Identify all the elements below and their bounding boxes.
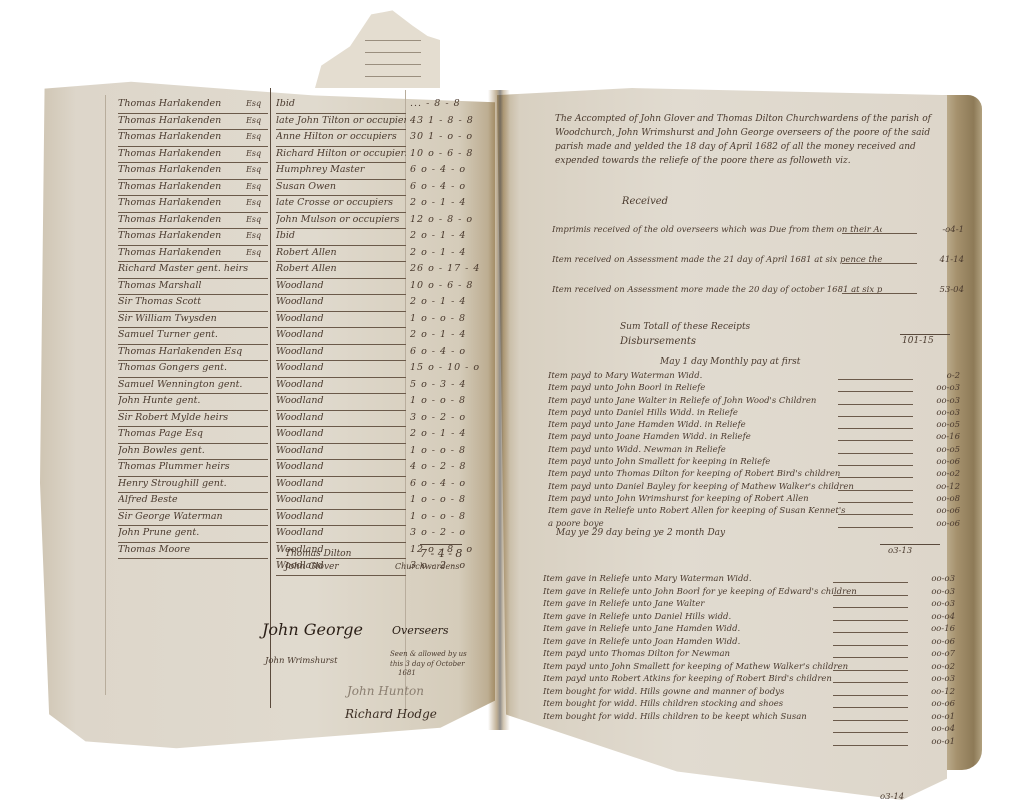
entry-description: Item gave in Reliefe unto Jane Walter	[543, 598, 873, 611]
account-entry: Item payd unto Thomas Dilton for keeping…	[548, 468, 948, 480]
account-entry: Item gave in Reliefe unto Daniel Hills w…	[543, 611, 943, 624]
ledger-row: Samuel Turner gent.Woodland2 o - 1 - 4	[118, 327, 493, 344]
entry-description: Item bought for widd. Hills children to …	[543, 711, 873, 724]
owner-name: John Bowles gent.	[118, 443, 268, 461]
owner-title: Esq	[246, 195, 266, 212]
leader-line	[833, 682, 908, 683]
owner-title: Esq	[246, 146, 266, 163]
entry-description: Item gave in Reliefe unto Mary Waterman …	[543, 573, 873, 586]
overseer-2-signature: John Wrimshurst	[265, 656, 338, 666]
owner-name: Samuel Wennington gent.	[118, 377, 268, 395]
ledger-row: Henry Stroughill gent.Woodland6 o - 4 - …	[118, 476, 493, 493]
leader-line	[833, 745, 908, 746]
rate-amount: 6 o - 4 - o	[410, 179, 490, 196]
entry-description: Item payd unto Thomas Dilton for Newman	[543, 648, 873, 661]
account-entry: Item gave in Reliefe unto Joan Hamden Wi…	[543, 636, 943, 649]
owner-title: Esq	[246, 179, 266, 196]
disbursements-title: Disbursements	[620, 336, 770, 347]
account-entry: Item bought for widd. Hills gowne and ma…	[543, 686, 943, 699]
entry-amount: 41-14	[914, 254, 964, 267]
entry-amount: oo-16	[910, 431, 960, 444]
ledger-row: John Hunte gent.Woodland1 o - o - 8	[118, 393, 493, 410]
rate-amount: 1 o - o - 8	[410, 509, 490, 526]
leader-line	[833, 657, 908, 658]
entry-description: Item gave in Reliefe unto Daniel Hills w…	[543, 611, 873, 624]
tenant-name: Woodland	[276, 476, 406, 494]
entry-amount: oo-o3	[910, 382, 960, 395]
owner-name: Thomas Gongers gent.	[118, 360, 268, 378]
entry-description: Item payd unto John Wrimshurst for keepi…	[548, 493, 878, 506]
tenant-name: Anne Hilton or occupiers	[276, 129, 406, 147]
owner-title: Esq	[246, 228, 266, 245]
rate-amount: 15 o - 10 - o	[410, 360, 490, 377]
leader-line	[833, 707, 908, 708]
entry-description: Item bought for widd. Hills gowne and ma…	[543, 686, 873, 699]
owner-title: Esq	[246, 96, 266, 113]
section-2-total: o3-14	[880, 792, 930, 802]
ledger-row: Thomas Plummer heirsWoodland4 o - 2 - 8	[118, 459, 493, 476]
entry-description: Item payd unto Jane Walter in Reliefe of…	[548, 395, 878, 408]
ledger-row: Sir Thomas ScottWoodland2 o - 1 - 4	[118, 294, 493, 311]
leader-line	[833, 607, 908, 608]
rate-amount: 4 o - 2 - 8	[410, 459, 490, 476]
rate-amount: 6 o - 4 - o	[410, 162, 490, 179]
owner-name: Henry Stroughill gent.	[118, 476, 268, 494]
rate-amount: 2 o - 1 - 4	[410, 245, 490, 262]
rate-amount: 3 o - 2 - o	[410, 410, 490, 427]
tenant-name: late Crosse or occupiers	[276, 195, 406, 213]
rate-amount: 26 o - 17 - 4	[410, 261, 490, 278]
tenant-name: Woodland	[276, 327, 406, 345]
leader-line	[838, 527, 913, 528]
account-entry: oo-o4	[543, 723, 943, 736]
tenant-name: Woodland	[276, 393, 406, 411]
tenant-name: Woodland	[276, 377, 406, 395]
ledger-row: Thomas HarlakendenEsqRichard Hilton or o…	[118, 146, 493, 163]
entry-amount: oo-o3	[905, 586, 955, 599]
account-entry: oo-o1	[543, 736, 943, 749]
tenant-name: Robert Allen	[276, 261, 406, 279]
account-entry: Item gave in Reliefe unto Jane Walteroo-…	[543, 598, 943, 611]
rate-amount: 6 o - 4 - o	[410, 476, 490, 493]
received-total: 101-15	[902, 336, 952, 346]
leader-line	[842, 293, 917, 294]
account-entry: Item received on Assessment made the 21 …	[552, 254, 952, 284]
ledger-row: Thomas Gongers gent.Woodland15 o - 10 - …	[118, 360, 493, 377]
ledger-row: Thomas HarlakendenEsqAnne Hilton or occu…	[118, 129, 493, 146]
ledger-row: Thomas Harlakenden EsqWoodland6 o - 4 - …	[118, 344, 493, 361]
entry-description: Item received on Assessment more made th…	[552, 284, 882, 297]
entry-description: Item payd to Mary Waterman Widd.	[548, 370, 878, 383]
received-section: Imprimis received of the old overseers w…	[552, 224, 952, 314]
owner-name: Alfred Beste	[118, 492, 268, 510]
ledger-row: Thomas HarlakendenEsqIbid... - 8 - 8	[118, 96, 493, 113]
account-entry: Item gave in Reliefe unto Robert Allen f…	[548, 505, 948, 517]
tenant-name: Woodland	[276, 509, 406, 527]
leader-line	[838, 453, 913, 454]
owner-title: Esq	[246, 212, 266, 229]
justice-signature-1: John Hunton	[347, 684, 424, 698]
owner-name: Sir Robert Mylde heirs	[118, 410, 268, 428]
ledger-row: Sir Robert Mylde heirsWoodland3 o - 2 - …	[118, 410, 493, 427]
leader-line	[833, 670, 908, 671]
entry-description: Item payd unto Thomas Dilton for keeping…	[548, 468, 878, 481]
total-rule	[900, 334, 950, 335]
entry-description: Item payd unto John Smallett for keeping…	[543, 661, 873, 674]
leader-line	[833, 645, 908, 646]
entry-amount: oo-o3	[910, 395, 960, 408]
tenant-name: Woodland	[276, 492, 406, 510]
entry-description: Item gave in Reliefe unto Jane Hamden Wi…	[543, 623, 873, 636]
entry-amount: oo-o7	[905, 648, 955, 661]
owner-name: Thomas Harlakenden Esq	[118, 344, 268, 362]
entry-amount: 53-04	[914, 284, 964, 297]
entry-amount: oo-o6	[910, 456, 960, 469]
entry-amount: oo-12	[910, 481, 960, 494]
entry-description: Item gave in Reliefe unto Joan Hamden Wi…	[543, 636, 873, 649]
ledger-row: Thomas HarlakendenEsqJohn Mulson or occu…	[118, 212, 493, 229]
ledger-row: Thomas HarlakendenEsqlate John Tilton or…	[118, 113, 493, 130]
heading-text: The Accompted of John Glover and Thomas …	[555, 114, 931, 166]
entry-description: Item payd unto John Smallett for keeping…	[548, 456, 878, 469]
leader-line	[838, 465, 913, 466]
entry-amount: oo-o3	[905, 573, 955, 586]
received-total-label: Sum Totall of these Receipts	[620, 322, 820, 332]
account-entry: Item payd unto Jane Walter in Reliefe of…	[548, 395, 948, 407]
allowed-note-2: this 3 day of October	[390, 660, 465, 668]
entry-amount: oo-o8	[910, 493, 960, 506]
leader-line	[838, 514, 913, 515]
torn-paper-scrap	[315, 8, 440, 88]
entry-amount: oo-o5	[910, 419, 960, 432]
ledger-total: 7 - 4 - 8	[420, 544, 462, 560]
account-entry: Item payd unto John Smallett for keeping…	[543, 661, 943, 674]
entry-description: Item payd unto Jane Hamden Widd. in Reli…	[548, 419, 878, 432]
tenant-name: Woodland	[276, 294, 406, 312]
rate-amount: 2 o - 1 - 4	[410, 327, 490, 344]
margin-rule	[105, 95, 106, 695]
leader-line	[833, 695, 908, 696]
entry-description: Item payd unto Daniel Bayley for keeping…	[548, 481, 878, 494]
rate-amount: 1 o - o - 8	[410, 311, 490, 328]
account-heading: The Accompted of John Glover and Thomas …	[555, 112, 955, 168]
ledger-row: John Bowles gent.Woodland1 o - o - 8	[118, 443, 493, 460]
owner-name: Thomas Plummer heirs	[118, 459, 268, 477]
rate-amount: 3 o - 2 - o	[410, 525, 490, 542]
tenant-name: Woodland	[276, 459, 406, 477]
entry-description: Item payd unto Joane Hamden Widd. in Rel…	[548, 431, 878, 444]
rate-amount: 1 o - o - 8	[410, 492, 490, 509]
ledger-row: Sir William TwysdenWoodland1 o - o - 8	[118, 311, 493, 328]
entry-description: Item received on Assessment made the 21 …	[552, 254, 882, 267]
received-title: Received	[560, 196, 730, 207]
owner-name: John Prune gent.	[118, 525, 268, 543]
tenant-name: Ibid	[276, 96, 406, 114]
tenant-name: Richard Hilton or occupiers	[276, 146, 406, 164]
owner-name: Sir Thomas Scott	[118, 294, 268, 312]
tenant-name: Ibid	[276, 228, 406, 246]
leader-line	[838, 477, 913, 478]
entry-description: Item payd unto Daniel Hills Widd. in Rel…	[548, 407, 878, 420]
entry-description: Item gave in Reliefe unto John Boorl for…	[543, 586, 873, 599]
owner-name: Sir George Waterman	[118, 509, 268, 527]
entry-amount: oo-o6	[910, 505, 960, 518]
owner-name: Thomas Page Esq	[118, 426, 268, 444]
account-entry: Item gave in Reliefe unto Jane Hamden Wi…	[543, 623, 943, 636]
leader-line	[838, 440, 913, 441]
leader-line	[833, 732, 908, 733]
account-entry: Item payd to Mary Waterman Widd.o-2	[548, 370, 948, 382]
ledger-row: Thomas MarshallWoodland10 o - 6 - 8	[118, 278, 493, 295]
owner-name: Thomas Marshall	[118, 278, 268, 296]
entry-amount: oo-o4	[905, 611, 955, 624]
ledger-row: John Prune gent.Woodland3 o - 2 - o	[118, 525, 493, 542]
ledger-row: Thomas HarlakendenEsqIbid2 o - 1 - 4	[118, 228, 493, 245]
owner-title: Esq	[246, 129, 266, 146]
account-entry: Item bought for widd. Hills children to …	[543, 711, 943, 724]
rate-amount: 1 o - o - 8	[410, 393, 490, 410]
rate-amount: 2 o - 1 - 4	[410, 228, 490, 245]
rate-amount: 5 o - 3 - 4	[410, 377, 490, 394]
justice-signature-2: Richard Hodge	[345, 707, 437, 721]
leader-line	[833, 720, 908, 721]
leader-line	[838, 490, 913, 491]
section-2-title: May ye 29 day being ye 2 month Day	[556, 528, 816, 538]
leader-line	[833, 632, 908, 633]
leader-line	[838, 379, 913, 380]
entry-amount: o-2	[910, 370, 960, 383]
section-1-title: May 1 day Monthly pay at first	[660, 357, 860, 367]
entry-amount: oo-o2	[905, 661, 955, 674]
account-entry: Item bought for widd. Hills children sto…	[543, 698, 943, 711]
ledger-row: Samuel Wennington gent.Woodland5 o - 3 -…	[118, 377, 493, 394]
entry-description: Item payd unto John Boorl in Reliefe	[548, 382, 878, 395]
leader-line	[838, 404, 913, 405]
entry-amount: oo-o4	[905, 723, 955, 736]
owner-title: Esq	[246, 113, 266, 130]
tenant-name: Woodland	[276, 360, 406, 378]
owner-name: John Hunte gent.	[118, 393, 268, 411]
entry-description: Item bought for widd. Hills children sto…	[543, 698, 873, 711]
entry-amount: oo-o6	[910, 518, 960, 531]
entry-amount: oo-o6	[905, 636, 955, 649]
tenant-name: Woodland	[276, 311, 406, 329]
tenant-name: Woodland	[276, 426, 406, 444]
account-entry: Item payd unto Robert Atkins for keeping…	[543, 673, 943, 686]
section-1-total: o3-13	[888, 546, 938, 556]
churchwarden-2: John Glover	[285, 562, 339, 572]
section-1-list: Item payd to Mary Waterman Widd.o-2Item …	[548, 370, 948, 530]
entry-description: Item payd unto Robert Atkins for keeping…	[543, 673, 873, 686]
entry-amount: -o4-1	[914, 224, 964, 237]
tenant-name: John Mulson or occupiers	[276, 212, 406, 230]
owner-name: Samuel Turner gent.	[118, 327, 268, 345]
leader-line	[842, 233, 917, 234]
overseers-label: Overseers	[392, 624, 449, 637]
ledger-row: Thomas Page EsqWoodland2 o - 1 - 4	[118, 426, 493, 443]
owner-title: Esq	[246, 245, 266, 262]
entry-amount: oo-o1	[905, 736, 955, 749]
allowed-year: 1681	[398, 669, 416, 677]
rate-amount: 30 1 - o - o	[410, 129, 490, 146]
account-entry: Item gave in Reliefe unto Mary Waterman …	[543, 573, 943, 586]
rate-amount: 10 o - 6 - 8	[410, 278, 490, 295]
tenant-name: Woodland	[276, 344, 406, 362]
leader-line	[838, 502, 913, 503]
entry-amount: oo-o6	[905, 698, 955, 711]
ledger-row: Thomas HarlakendenEsqlate Crosse or occu…	[118, 195, 493, 212]
account-entry: Item payd unto John Boorl in Reliefeoo-o…	[548, 382, 948, 394]
entry-amount: oo-16	[905, 623, 955, 636]
account-entry: Imprimis received of the old overseers w…	[552, 224, 952, 254]
churchwarden-1: Thomas Dilton	[285, 549, 351, 559]
rate-amount: 12 o - 8 - o	[410, 212, 490, 229]
rate-amount: 2 o - 1 - 4	[410, 195, 490, 212]
entry-amount: oo-o5	[910, 444, 960, 457]
account-entry: Item payd unto Jane Hamden Widd. in Reli…	[548, 419, 948, 431]
entry-amount: oo-12	[905, 686, 955, 699]
rate-amount: 2 o - 1 - 4	[410, 426, 490, 443]
tenant-name: Woodland	[276, 443, 406, 461]
tenant-name: Woodland	[276, 410, 406, 428]
owner-title: Esq	[246, 162, 266, 179]
account-entry: Item gave in Reliefe unto John Boorl for…	[543, 586, 943, 599]
tenant-name: Susan Owen	[276, 179, 406, 197]
total-rule	[880, 544, 940, 545]
owner-name: Richard Master gent. heirs	[118, 261, 268, 279]
entry-amount: oo-o1	[905, 711, 955, 724]
leader-line	[833, 595, 908, 596]
entry-amount: oo-o3	[905, 598, 955, 611]
owner-name: Sir William Twysden	[118, 311, 268, 329]
tenant-name: Humphrey Master	[276, 162, 406, 180]
leader-line	[838, 416, 913, 417]
entry-amount: oo-o3	[910, 407, 960, 420]
entry-description: Item gave in Reliefe unto Robert Allen f…	[548, 505, 878, 518]
account-entry: Item payd unto Thomas Dilton for Newmano…	[543, 648, 943, 661]
rate-amount: 6 o - 4 - o	[410, 344, 490, 361]
rate-amount: 43 1 - 8 - 8	[410, 113, 490, 130]
entry-amount: oo-o3	[905, 673, 955, 686]
tenant-name: Robert Allen	[276, 245, 406, 263]
leader-line	[833, 620, 908, 621]
tenant-name: Woodland	[276, 278, 406, 296]
ledger-row: Thomas HarlakendenEsqRobert Allen2 o - 1…	[118, 245, 493, 262]
allowed-note-1: Seen & allowed by us	[390, 650, 467, 658]
account-entry: Item payd unto Widd. Newman in Reliefeoo…	[548, 444, 948, 456]
entry-description: Imprimis received of the old overseers w…	[552, 224, 882, 237]
leader-line	[838, 391, 913, 392]
rate-amount: 10 o - 6 - 8	[410, 146, 490, 163]
entry-description: Item payd unto Widd. Newman in Reliefe	[548, 444, 878, 457]
account-entry: Item payd unto John Smallett for keeping…	[548, 456, 948, 468]
leader-line	[842, 263, 917, 264]
tenant-name: Woodland	[276, 525, 406, 543]
heading-viz: viz.	[835, 156, 851, 166]
rate-ledger: Thomas HarlakendenEsqIbid... - 8 - 8Thom…	[118, 96, 493, 575]
section-2-list: Item gave in Reliefe unto Mary Waterman …	[543, 573, 943, 748]
rate-amount: ... - 8 - 8	[410, 96, 490, 113]
churchwardens-label: Churchwardens	[395, 562, 459, 571]
account-entry: Item payd unto John Wrimshurst for keepi…	[548, 493, 948, 505]
tenant-name: late John Tilton or occupiers	[276, 113, 406, 131]
ledger-row: Thomas HarlakendenEsqHumphrey Master6 o …	[118, 162, 493, 179]
ledger-row: Thomas HarlakendenEsqSusan Owen6 o - 4 -…	[118, 179, 493, 196]
rate-amount: 2 o - 1 - 4	[410, 294, 490, 311]
rate-amount: 1 o - o - 8	[410, 443, 490, 460]
overseer-signature: John George	[262, 620, 363, 639]
account-entry: Item received on Assessment more made th…	[552, 284, 952, 314]
ledger-row: Alfred BesteWoodland1 o - o - 8	[118, 492, 493, 509]
account-entry: Item payd unto Joane Hamden Widd. in Rel…	[548, 431, 948, 443]
leader-line	[838, 428, 913, 429]
account-entry: Item payd unto Daniel Bayley for keeping…	[548, 481, 948, 493]
ledger-row: Richard Master gent. heirsRobert Allen26…	[118, 261, 493, 278]
ledger-row: Sir George WatermanWoodland1 o - o - 8	[118, 509, 493, 526]
entry-amount: oo-o2	[910, 468, 960, 481]
owner-name: Thomas Moore	[118, 542, 268, 560]
account-entry: Item payd unto Daniel Hills Widd. in Rel…	[548, 407, 948, 419]
leader-line	[833, 582, 908, 583]
